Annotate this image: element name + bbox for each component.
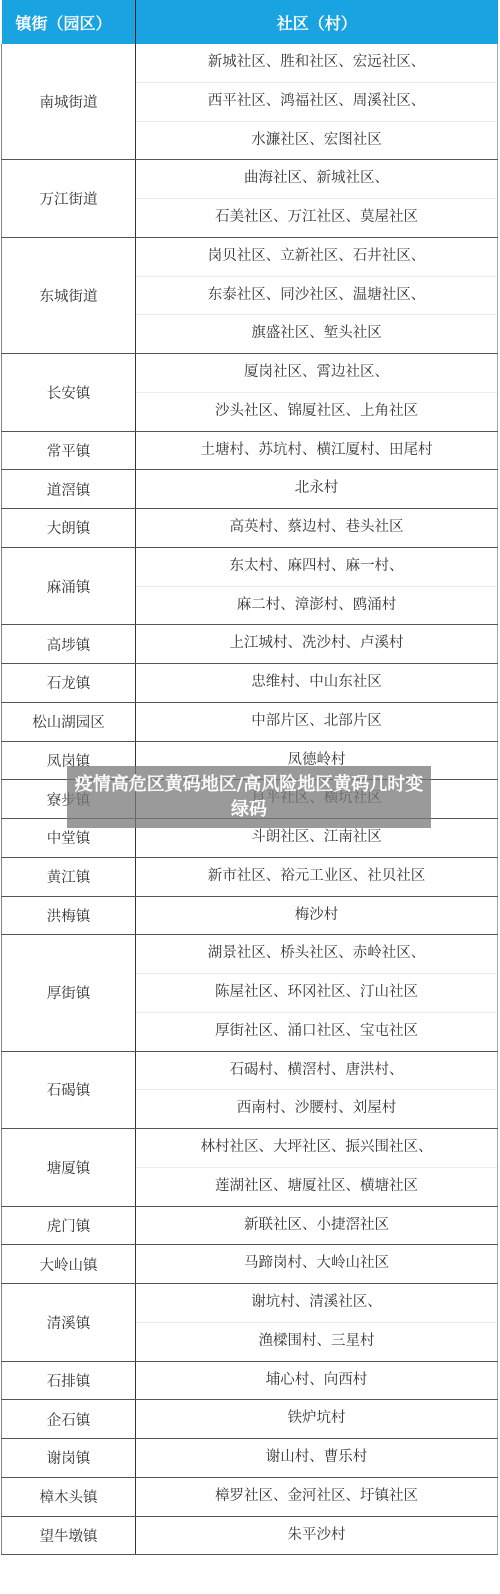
header-town: 镇街（园区） <box>2 0 136 44</box>
town-cell: 松山湖园区 <box>2 702 136 741</box>
table-row: 石龙镇忠维村、中山东社区 <box>2 664 498 703</box>
town-cell: 洪梅镇 <box>2 896 136 935</box>
table-row: 长安镇厦岗社区、霄边社区、沙头社区、锦厦社区、上角社区 <box>2 354 498 432</box>
table-row: 南城街道新城社区、胜和社区、宏远社区、西平社区、鸿福社区、周溪社区、水濂社区、宏… <box>2 44 498 160</box>
community-cell: 朱平沙村 <box>136 1516 498 1555</box>
community-line: 谢山村、曹乐村 <box>136 1439 497 1477</box>
community-cell: 新联社区、小捷滘社区 <box>136 1206 498 1245</box>
community-line: 朱平沙村 <box>136 1517 497 1555</box>
community-line: 东泰社区、同沙社区、温塘社区、 <box>136 277 497 316</box>
town-cell: 黄江镇 <box>2 857 136 896</box>
table-row: 常平镇土塘村、苏坑村、横江厦村、田尾村 <box>2 431 498 470</box>
table-row: 高埗镇上江城村、冼沙村、卢溪村 <box>2 625 498 664</box>
community-line: 北永村 <box>136 470 497 508</box>
community-line: 铁炉坑村 <box>136 1400 497 1438</box>
table-row: 大朗镇高英村、蔡边村、巷头社区 <box>2 509 498 548</box>
community-cell: 湖景社区、桥头社区、赤岭社区、陈屋社区、环冈社区、汀山社区厚街社区、涌口社区、宝… <box>136 935 498 1051</box>
town-cell: 塘厦镇 <box>2 1129 136 1207</box>
community-line: 上江城村、冼沙村、卢溪村 <box>136 625 497 663</box>
community-line: 石美社区、万江社区、莫屋社区 <box>136 199 497 237</box>
community-line: 岗贝社区、立新社区、石井社区、 <box>136 238 497 277</box>
community-cell: 樟罗社区、金河社区、圩镇社区 <box>136 1477 498 1516</box>
table-row: 东城街道岗贝社区、立新社区、石井社区、东泰社区、同沙社区、温塘社区、旗盛社区、堑… <box>2 237 498 353</box>
town-cell: 石排镇 <box>2 1361 136 1400</box>
community-cell: 石碣村、横滘村、唐洪村、西南村、沙腰村、刘屋村 <box>136 1051 498 1129</box>
community-cell: 曲海社区、新城社区、石美社区、万江社区、莫屋社区 <box>136 160 498 238</box>
town-cell: 大朗镇 <box>2 509 136 548</box>
town-cell: 厚街镇 <box>2 935 136 1051</box>
table-row: 谢岗镇谢山村、曹乐村 <box>2 1439 498 1478</box>
town-cell: 东城街道 <box>2 237 136 353</box>
community-line: 麻二村、漳澎村、鸥涌村 <box>136 587 497 625</box>
table-row: 大岭山镇马蹄岗村、大岭山社区 <box>2 1245 498 1284</box>
town-cell: 望牛墩镇 <box>2 1516 136 1555</box>
community-line: 谢坑村、清溪社区、 <box>136 1284 497 1323</box>
town-cell: 万江街道 <box>2 160 136 238</box>
community-line: 东太村、麻四村、麻一村、 <box>136 548 497 587</box>
community-line: 曲海社区、新城社区、 <box>136 160 497 199</box>
community-line: 莲湖社区、塘厦社区、横塘社区 <box>136 1168 497 1206</box>
town-cell: 樟木头镇 <box>2 1477 136 1516</box>
town-cell: 大岭山镇 <box>2 1245 136 1284</box>
table-row: 清溪镇谢坑村、清溪社区、渔樑围村、三星村 <box>2 1284 498 1362</box>
community-line: 忠维村、中山东社区 <box>136 664 497 702</box>
community-cell: 中部片区、北部片区 <box>136 702 498 741</box>
table-row: 樟木头镇樟罗社区、金河社区、圩镇社区 <box>2 1477 498 1516</box>
community-cell: 埔心村、向西村 <box>136 1361 498 1400</box>
table-row: 望牛墩镇朱平沙村 <box>2 1516 498 1555</box>
community-line: 厦岗社区、霄边社区、 <box>136 354 497 393</box>
community-cell: 马蹄岗村、大岭山社区 <box>136 1245 498 1284</box>
community-line: 新联社区、小捷滘社区 <box>136 1207 497 1245</box>
community-cell: 土塘村、苏坑村、横江厦村、田尾村 <box>136 431 498 470</box>
table-row: 虎门镇新联社区、小捷滘社区 <box>2 1206 498 1245</box>
community-cell: 北永村 <box>136 470 498 509</box>
community-line: 沙头社区、锦厦社区、上角社区 <box>136 393 497 431</box>
town-cell: 麻涌镇 <box>2 547 136 625</box>
community-line: 高英村、蔡边村、巷头社区 <box>136 509 497 547</box>
table-row: 塘厦镇林村社区、大坪社区、振兴围社区、莲湖社区、塘厦社区、横塘社区 <box>2 1129 498 1207</box>
town-cell: 谢岗镇 <box>2 1439 136 1478</box>
table-row: 企石镇铁炉坑村 <box>2 1400 498 1439</box>
town-cell: 企石镇 <box>2 1400 136 1439</box>
town-cell: 常平镇 <box>2 431 136 470</box>
community-line: 樟罗社区、金河社区、圩镇社区 <box>136 1478 497 1516</box>
community-line: 林村社区、大坪社区、振兴围社区、 <box>136 1129 497 1168</box>
community-line: 旗盛社区、堑头社区 <box>136 315 497 353</box>
town-cell: 高埗镇 <box>2 625 136 664</box>
community-cell: 上江城村、冼沙村、卢溪村 <box>136 625 498 664</box>
town-cell: 南城街道 <box>2 44 136 160</box>
community-cell: 岗贝社区、立新社区、石井社区、东泰社区、同沙社区、温塘社区、旗盛社区、堑头社区 <box>136 237 498 353</box>
table-row: 麻涌镇东太村、麻四村、麻一村、麻二村、漳澎村、鸥涌村 <box>2 547 498 625</box>
community-line: 厚街社区、涌口社区、宝屯社区 <box>136 1013 497 1051</box>
community-line: 马蹄岗村、大岭山社区 <box>136 1245 497 1283</box>
town-cell: 道滘镇 <box>2 470 136 509</box>
table-row: 洪梅镇梅沙村 <box>2 896 498 935</box>
community-line: 西平社区、鸿福社区、周溪社区、 <box>136 83 497 122</box>
community-cell: 东太村、麻四村、麻一村、麻二村、漳澎村、鸥涌村 <box>136 547 498 625</box>
community-line: 新市社区、裕元工业区、社贝社区 <box>136 858 497 896</box>
community-cell: 新市社区、裕元工业区、社贝社区 <box>136 857 498 896</box>
community-cell: 梅沙村 <box>136 896 498 935</box>
table-row: 万江街道曲海社区、新城社区、石美社区、万江社区、莫屋社区 <box>2 160 498 238</box>
town-cell: 石碣镇 <box>2 1051 136 1129</box>
table-row: 石排镇埔心村、向西村 <box>2 1361 498 1400</box>
community-line: 中部片区、北部片区 <box>136 703 497 741</box>
community-cell: 谢坑村、清溪社区、渔樑围村、三星村 <box>136 1284 498 1362</box>
town-cell: 清溪镇 <box>2 1284 136 1362</box>
community-cell: 高英村、蔡边村、巷头社区 <box>136 509 498 548</box>
header-community: 社区（村） <box>136 0 498 44</box>
community-cell: 新城社区、胜和社区、宏远社区、西平社区、鸿福社区、周溪社区、水濂社区、宏图社区 <box>136 44 498 160</box>
community-line: 陈屋社区、环冈社区、汀山社区 <box>136 974 497 1013</box>
community-line: 土塘村、苏坑村、横江厦村、田尾村 <box>136 432 497 470</box>
table-row: 道滘镇北永村 <box>2 470 498 509</box>
community-line: 西南村、沙腰村、刘屋村 <box>136 1090 497 1128</box>
table-row: 黄江镇新市社区、裕元工业区、社贝社区 <box>2 857 498 896</box>
community-line: 石碣村、横滘村、唐洪村、 <box>136 1052 497 1091</box>
table-row: 厚街镇湖景社区、桥头社区、赤岭社区、陈屋社区、环冈社区、汀山社区厚街社区、涌口社… <box>2 935 498 1051</box>
community-line: 新城社区、胜和社区、宏远社区、 <box>136 44 497 83</box>
community-line: 埔心村、向西村 <box>136 1362 497 1400</box>
article-title-overlay[interactable]: 疫情高危区黄码地区/高风险地区黄码几时变绿码 <box>67 766 431 828</box>
table-row: 松山湖园区中部片区、北部片区 <box>2 702 498 741</box>
table-header-row: 镇街（园区） 社区（村） <box>2 0 498 44</box>
table-row: 石碣镇石碣村、横滘村、唐洪村、西南村、沙腰村、刘屋村 <box>2 1051 498 1129</box>
community-line: 湖景社区、桥头社区、赤岭社区、 <box>136 935 497 974</box>
community-cell: 林村社区、大坪社区、振兴围社区、莲湖社区、塘厦社区、横塘社区 <box>136 1129 498 1207</box>
community-line: 渔樑围村、三星村 <box>136 1323 497 1361</box>
community-line: 水濂社区、宏图社区 <box>136 122 497 160</box>
town-cell: 石龙镇 <box>2 664 136 703</box>
community-cell: 厦岗社区、霄边社区、沙头社区、锦厦社区、上角社区 <box>136 354 498 432</box>
town-cell: 虎门镇 <box>2 1206 136 1245</box>
community-cell: 忠维村、中山东社区 <box>136 664 498 703</box>
community-cell: 谢山村、曹乐村 <box>136 1439 498 1478</box>
community-cell: 铁炉坑村 <box>136 1400 498 1439</box>
community-line: 梅沙村 <box>136 897 497 935</box>
town-cell: 长安镇 <box>2 354 136 432</box>
